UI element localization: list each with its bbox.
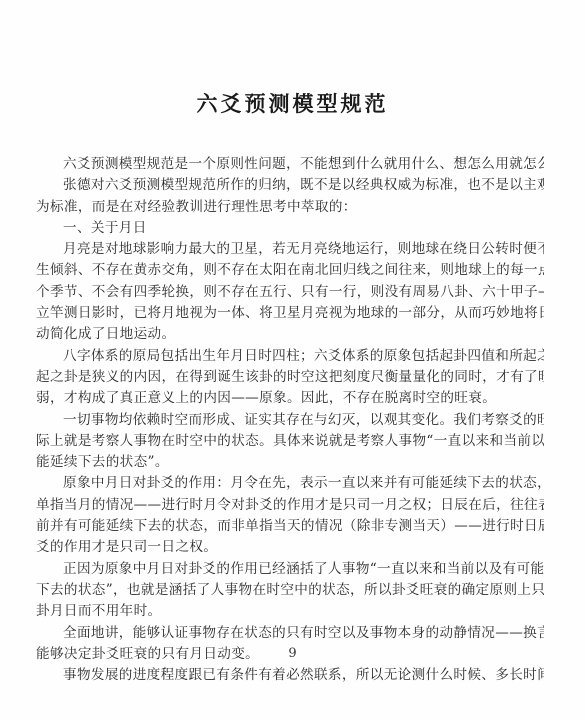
text-line: 起之卦是狭义的内因，在得到诞生该卦的时空这把刻度尺衡量量化的同时，才有了旺衰强 [36, 367, 544, 388]
page-number: 9 [0, 646, 585, 661]
text-line: 前并有可能延续下去的状态，而非单指当天的情况（除非专测当天）——进行时日辰对卦 [36, 516, 544, 537]
body-text: 六爻预测模型规范是一个原则性问题，不能想到什么就用什么、想怎么用就怎么用。 张德… [36, 154, 544, 686]
text-line: 一切事物均依赖时空而形成、证实其存在与幻灭，以观其变化。我们考察爻的旺衰，实 [36, 410, 544, 431]
text-line: 立竿测日影时，已将月地视为一体、将卫星月亮视为地球的一部分，从而巧妙地将日月地运 [36, 303, 544, 324]
text-line: 为标准，而是在对经验教训进行理性思考中萃取的： [36, 197, 544, 218]
text-line: 月亮是对地球影响力最大的卫星，若无月亮绕地运行，则地球在绕日公转时便不会发 [36, 239, 544, 260]
text-line: 原象中月日对卦爻的作用：月令在先，表示一直以来并有可能延续下去的状态，而非 [36, 473, 544, 494]
text-line: 六爻预测模型规范是一个原则性问题，不能想到什么就用什么、想怎么用就怎么用。 [36, 154, 544, 175]
text-line: 际上就是考察人事物在时空中的状态。具体来说就是考察人事物“一直以来和当前以及有可 [36, 431, 544, 452]
text-line: 能延续下去的状态”。 [36, 452, 544, 473]
text-line: 事物发展的进度程度跟已有条件有着必然联系，所以无论测什么时候、多长时间的事情， [36, 665, 544, 686]
text-line: 生倾斜、不存在黄赤交角，则不存在太阳在南北回归线之间往来，则地球上的每一点只有一 [36, 260, 544, 281]
text-line: 动简化成了日地运动。 [36, 324, 544, 345]
text-line: 张德对六爻预测模型规范所作的归纳，既不是以经典权威为标准，也不是以主观喜好 [36, 175, 544, 196]
document-page: 六爻预测模型规范 六爻预测模型规范是一个原则性问题，不能想到什么就用什么、想怎么… [0, 0, 585, 720]
text-line: 弱，才构成了真正意义上的内因——原象。因此，不存在脱离时空的旺衰。 [36, 388, 544, 409]
text-line: 单指当月的情况——进行时月令对卦爻的作用才是只司一月之权；日辰在后，往往表示当 [36, 495, 544, 516]
text-line: 个季节、不会有四季轮换，则不存在五行、只有一行，则没有周易八卦、六十甲子——古人… [36, 282, 544, 303]
text-line: 全面地讲，能够认证事物存在状态的只有时空以及事物本身的动静情况——换言之， [36, 623, 544, 644]
page-title: 六爻预测模型规范 [0, 88, 585, 118]
text-line: 爻的作用才是只司一日之权。 [36, 537, 544, 558]
section-heading: 一、关于月日 [36, 218, 544, 239]
text-line: 下去的状态”，也就是涵括了人事物在时空中的状态，所以卦爻旺衰的确定原则上只用起 [36, 580, 544, 601]
text-line: 八字体系的原局包括出生年月日时四柱；六爻体系的原象包括起卦四值和所起之卦。所 [36, 346, 544, 367]
text-line: 卦月日而不用年时。 [36, 601, 544, 622]
text-line: 正因为原象中月日对卦爻的作用已经涵括了人事物“一直以来和当前以及有可能延续 [36, 559, 544, 580]
